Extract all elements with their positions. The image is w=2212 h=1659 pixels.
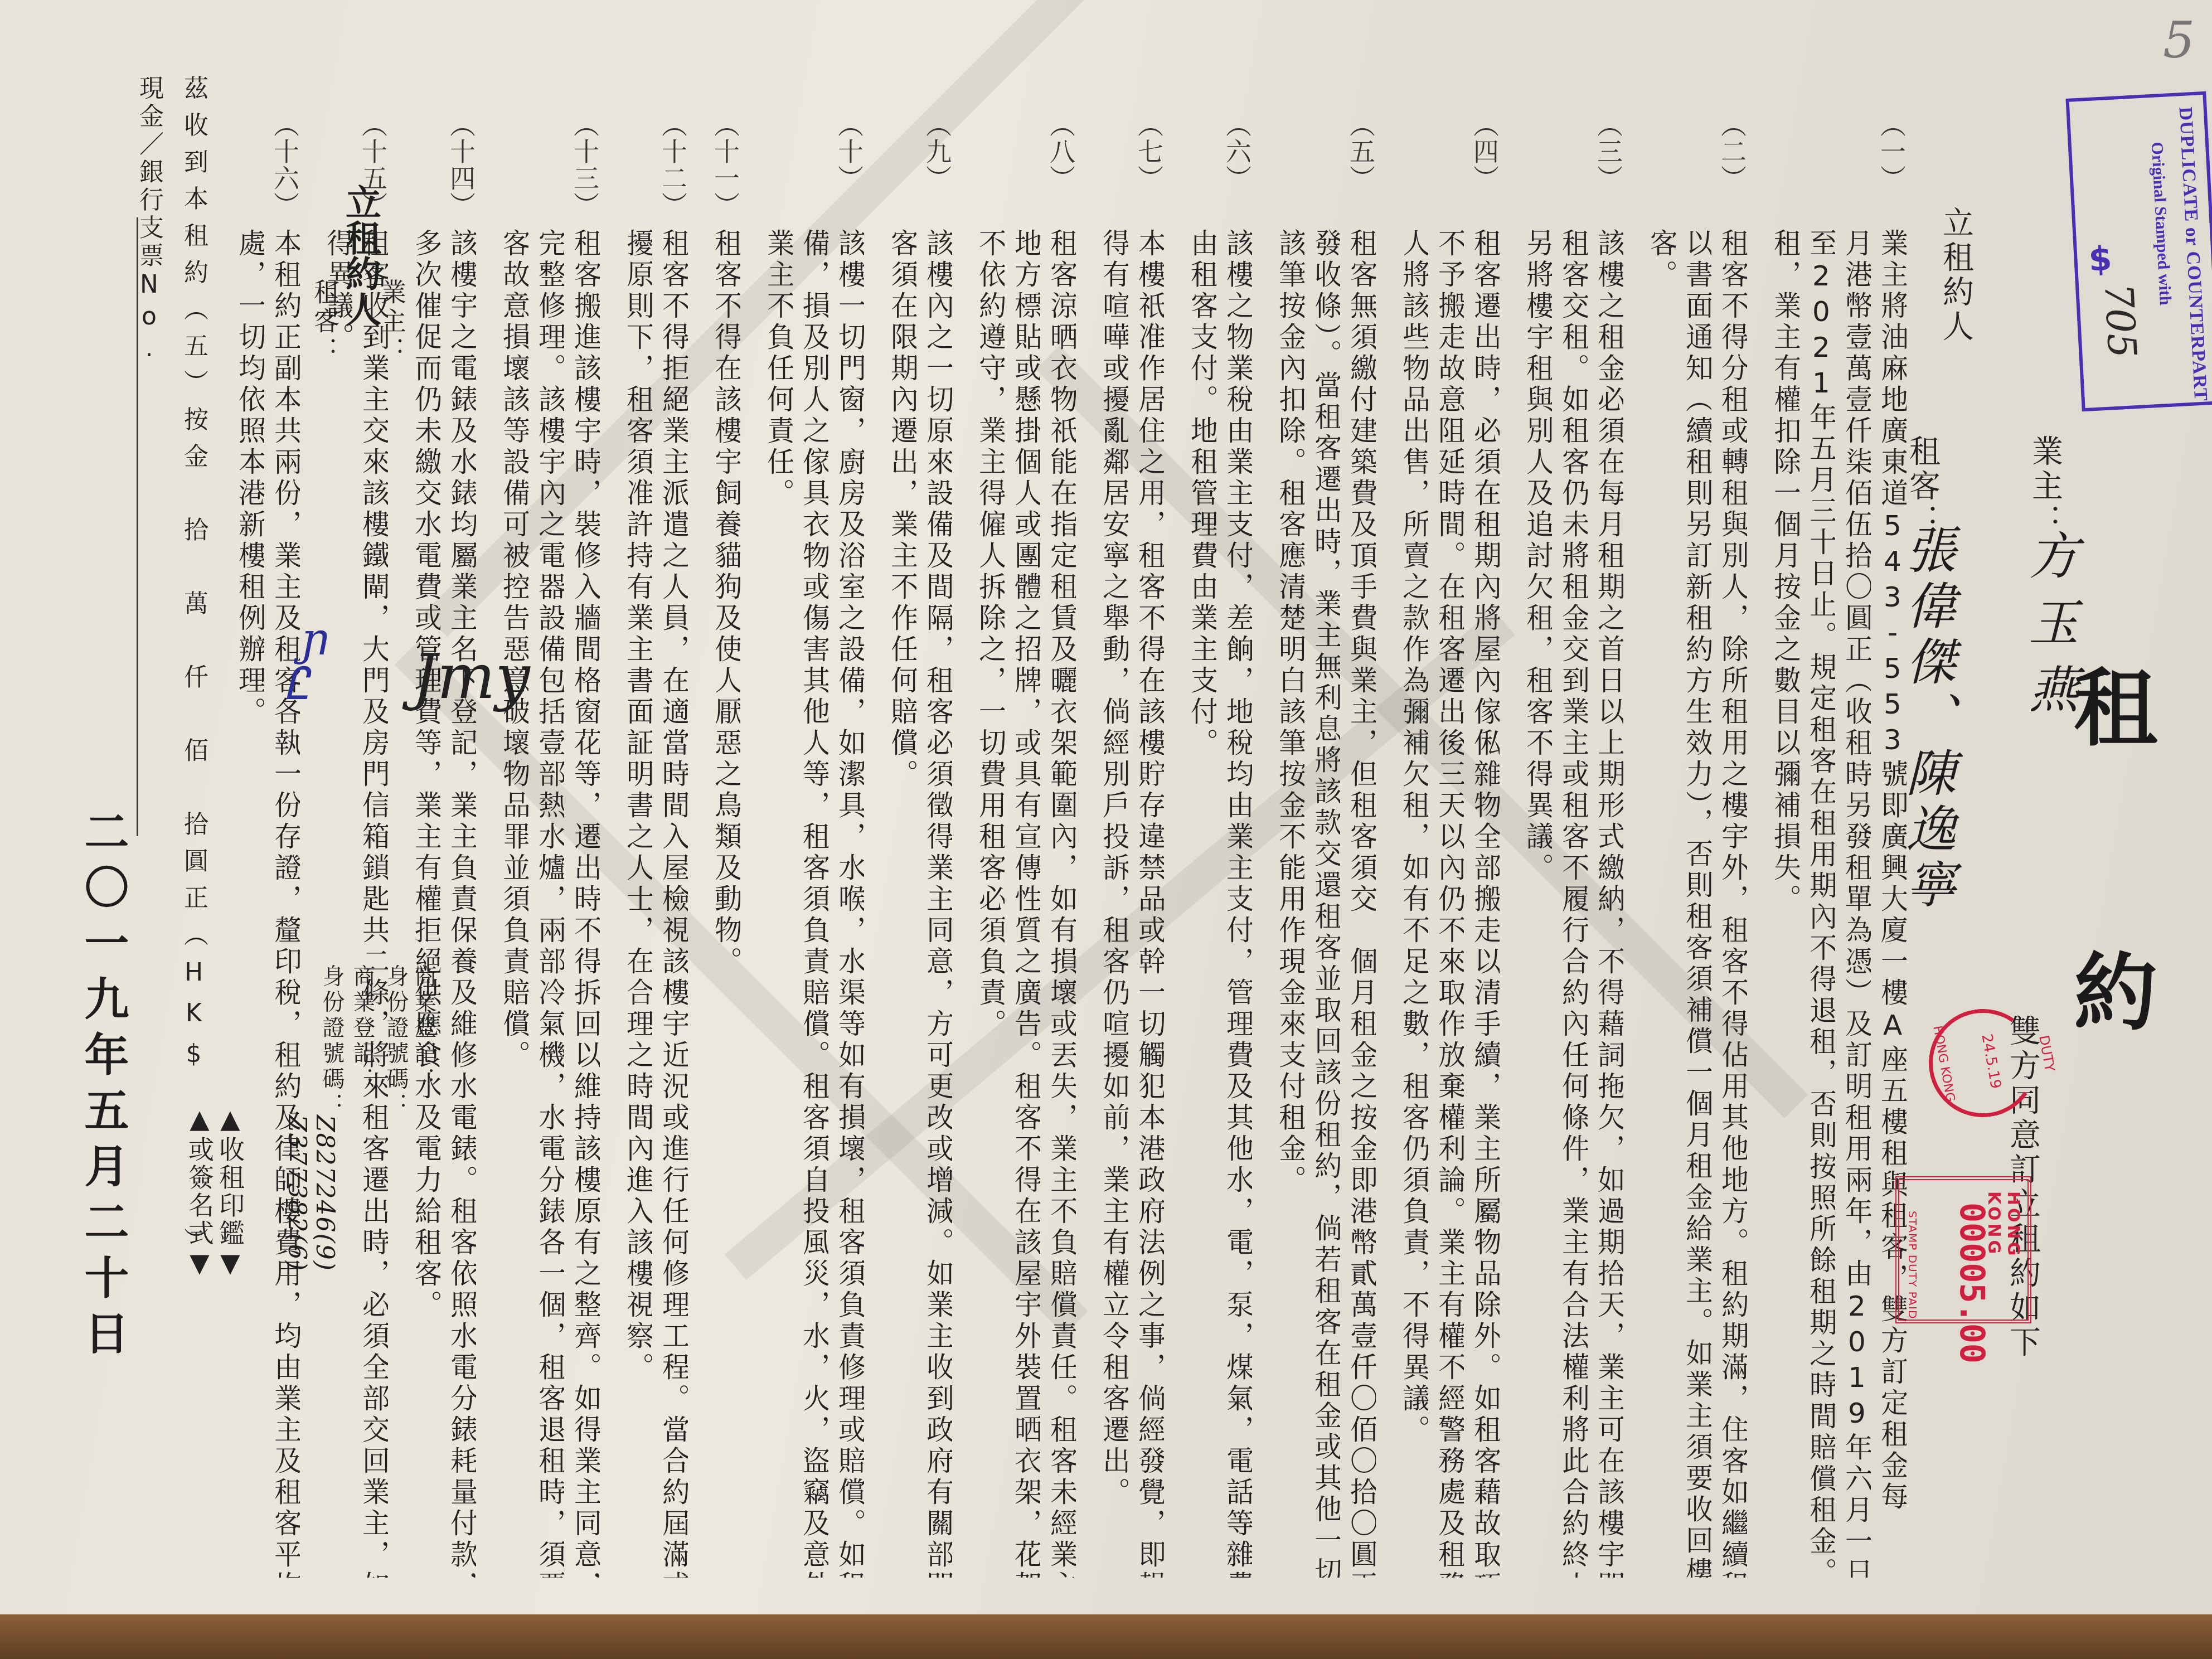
landlord-name: 方玉燕: [2024, 530, 2074, 730]
clause-text-line: 該樓之物業稅由業主支付，差餉，地稅均由業主支付，管理費及其他水，電，泵，煤氣，電…: [1224, 229, 1252, 1578]
landlord-label: 業主：: [2029, 435, 2060, 539]
clause-text-line: 租客不得在該樓宇飼養貓狗及使人厭惡之鳥類及動物。: [712, 229, 740, 1578]
parties-label: 立租約人: [1940, 206, 1971, 345]
signature-landlord-label: 業主：: [379, 279, 405, 366]
clause-text-line: 本租約正副本共兩份，業主及租客各執一份存證，釐印稅，租約及律師樓費用，均由業主及…: [272, 229, 300, 1578]
clause-text-line: 租客遷出時，必須在租期內將屋內傢俬雜物全部搬走以清手續，業主所屬物品除外。如租客…: [1472, 229, 1500, 1578]
clause-text-line: 客須在限期內遷出，業主不作任何賠償。: [889, 229, 916, 1578]
margin-pencil-note: 5: [2163, 11, 2195, 70]
clause-number: （八）: [1042, 111, 1079, 192]
clause-text-line: 該樓一切門窗，廚房及浴室之設備，如潔具，水喉，水渠等如有損壞，租客須負責修理或賠…: [836, 229, 864, 1578]
tenant-signature-2: Ꮭ: [284, 658, 309, 710]
duplicate-counterpart-stamp: DUPLICATE or COUNTERPART Original Stampe…: [2065, 91, 2212, 411]
stamp-amount-handwritten: 705: [2095, 282, 2145, 359]
signing-date: 二〇一九年五月二十日: [81, 808, 125, 1366]
cheque-number-line: [137, 217, 138, 836]
clause-number: （三）: [1590, 111, 1627, 192]
clause-text-line: 得異議。: [324, 229, 352, 1578]
clause-text-line: 備，損及別人之傢具衣物或傷害其他人等，租客須負責賠償。租客須自投風災，水，火，盜…: [801, 229, 828, 1578]
clause-number: （五）: [1342, 111, 1379, 192]
clause-text-line: 該筆按金內扣除。租客應清楚明白該筆按金不能用作現金來支付租金。: [1277, 229, 1304, 1578]
clause-text-line: 地方標貼或懸掛個人或團體之招牌，或具有宣傳性質之廣告。租客不得在該屋宇外裝置晒衣…: [1012, 229, 1040, 1578]
clause-text-line: 處，一切均依照本港新樓租例辦理。: [236, 229, 264, 1578]
clause-number: （十三）: [566, 111, 603, 219]
clause-text-line: 發收條）。當租客遷出時，業主無利息將該款交還租客並取回該份租約，倘若租客在租金或…: [1312, 229, 1340, 1578]
signature-tenant-label: 租客：: [312, 279, 338, 366]
clause-text-line: 租客搬進該樓宇時，裝修入牆間格窗花等，遷出時不得拆回以維持該樓原有之整齊。如得業…: [572, 229, 600, 1578]
tenant-br-label: 商業登記：: [351, 964, 373, 1093]
clause-text-line: 至2021年五月三十日止。規定租客在租用期內不得退租，否則按照所餘租期之時間賠償…: [1807, 229, 1835, 1578]
tenant-id-label: 身份證號碼：: [321, 964, 343, 1118]
clause-number: （十二）: [654, 111, 691, 219]
clause-number: （十六）: [266, 111, 303, 219]
clause-text-line: 租客涼晒衣物祇能在指定租賃及曬衣架範圍內，如有損壞或丟失，業主不負賠償責任。租客…: [1048, 229, 1076, 1578]
title-char-contract: 約: [2074, 925, 2157, 1046]
stamp-dollar-sign: $: [2088, 239, 2113, 279]
seal-note-signature: ▲或簽名式▼: [181, 1104, 218, 1280]
clause-text-line: 租客不得拒絕業主派遣之人員，在適當時間入屋檢視該樓宇近況或進行任何修理工程。當合…: [660, 229, 688, 1578]
clause-number: （十一）: [707, 111, 744, 219]
clause-text-line: 不依約遵守，業主得僱人拆除之，一切費用租客必須負責。: [977, 229, 1005, 1578]
duty-stamp-date: 24.5.19: [1978, 1033, 2004, 1090]
clause-text-line: 租客收到業主交來該樓鐵閘，大門及房門信箱鎖匙共二條，將來租客遷出時，必須全部交回…: [360, 229, 388, 1578]
clause-text-line: 以書面通知（續租則另訂新租約方生效力），否則租客須補償一個月租金給業主。如業主須…: [1684, 229, 1711, 1578]
clause-text-line: 完整修理。該樓宇內之電器設備包括壹部熱水爐，兩部冷氣機，水電分錶各一個，租客退租…: [536, 229, 564, 1578]
clause-number: （二）: [1714, 111, 1750, 192]
duty-stamp-region: HONG KONG: [1930, 1025, 1957, 1103]
receipt-payment-method: 現金／銀行支票No.: [137, 75, 161, 366]
tenant-label: 租客：: [1907, 435, 1938, 539]
clause-text-line: 該樓之租金必須在每月租期之首日以上期形式繳納，不得藉詞拖欠，如過期拾天，業主可在…: [1595, 229, 1623, 1578]
clause-text-line: 另將樓宇租與別人及追討欠租，租客不得異議。: [1524, 229, 1552, 1578]
clause-number: （六）: [1219, 111, 1255, 192]
duty-paid-value: 00005.00: [1952, 1202, 1991, 1364]
wooden-table: [0, 1614, 2212, 1659]
tenant-id-value-1: Z827246(9): [312, 1115, 337, 1272]
clause-text-line: 該樓宇之電錶及水錶均屬業主名下登記，業主負責保養及維修水電錶。租客依照水電分錶耗…: [448, 229, 476, 1578]
clause-text-line: 業主不負任何責任。: [765, 229, 793, 1578]
clause-text-line: 租，業主有權扣除一個月按金之數目以彌補損失。: [1772, 229, 1799, 1578]
tenant-id-value-2: Z377382(6): [284, 1115, 309, 1272]
clause-number: （一）: [1873, 111, 1910, 192]
clause-text-line: 多次催促而仍未繳交水電費或管理費等，業主有權拒絕供應食水及電力給租客。: [413, 229, 440, 1578]
clause-text-line: 本樓祇准作居住之用，租客不得在該樓貯存違禁品或幹一切觸犯本港政府法例之事，倘經發…: [1136, 229, 1164, 1578]
clause-text-line: 擾原則下，租客須准許持有業主書面証明書之人士，在合理之時間內進入該樓視察。: [624, 229, 652, 1578]
title-char-rent: 租: [2074, 641, 2157, 761]
clause-text-line: 人將該些物品出售，所賣之款作為彌補欠租，如有不足之數，租客仍須負責，不得異議。: [1400, 229, 1428, 1578]
clause-number: （九）: [919, 111, 955, 192]
clause-text-line: 業主將油麻地廣東道543-553號即廣興大廈一樓A座五樓租與租客，雙方訂定租金每: [1879, 229, 1907, 1578]
clause-text-line: 客故意損壞該等設備可被控告惡意破壞物品罪並須負責賠償。: [501, 229, 528, 1578]
clause-number: （四）: [1466, 111, 1503, 192]
landlord-id-label: 身份證號碼：: [385, 964, 407, 1118]
clause-text-line: 客。: [1648, 229, 1676, 1578]
landlord-signature: Jmy: [413, 641, 530, 712]
stamp-original-text: Original Stamped with: [2147, 142, 2175, 306]
landlord-br-label: 商業登記：: [413, 964, 435, 1093]
duty-paid-label: STAMP DUTY PAID: [1906, 1211, 1919, 1319]
clause-text-line: 不予搬走故意阻延時間。在租客遷出後三天以內仍不來取作放棄權利論。業主有權不經警務…: [1436, 229, 1464, 1578]
clause-text-line: 租客交租。如租客仍未將租金交到業主或租客不履行合約內任何條件，業主有合法權利將此…: [1560, 229, 1588, 1578]
stamp-duplicate-text: DUPLICATE or COUNTERPART: [2175, 106, 2211, 402]
clause-text-line: 該樓內之一切原來設備及間隔，租客必須徵得業主同意，方可更改或增減。如業主收到政府…: [924, 229, 952, 1578]
receipt-line: 茲收到本租約（五）按金 拾 萬 仟 佰 拾圓正（HK$ ）: [181, 75, 206, 1264]
clause-text-line: 租客無須繳付建築費及頂手費與業主，但租客須交 個月租金之按金即港幣貳萬壹仟〇佰〇…: [1348, 229, 1376, 1578]
clause-text-line: 得有喧嘩或擾亂鄰居安寧之舉動，倘經別戶投訴，租客仍喧擾如前，業主有權立令租客遷出…: [1100, 229, 1128, 1578]
clause-number: （十四）: [443, 111, 479, 219]
clause-number: （七）: [1131, 111, 1167, 192]
clause-number: （十）: [831, 111, 867, 192]
clause-text-line: 由租客支付。地租管理費由業主支付。: [1189, 229, 1216, 1578]
stamp-duty-paid-stamp: HONG KONG 00005.00 STAMP DUTY PAID: [1895, 1176, 2031, 1323]
clause-text-line: 月港幣壹萬壹仟柒佰伍拾〇圓正（收租時另發租單為憑）及訂明租用兩年，由2019年六…: [1843, 229, 1871, 1578]
lease-document: 5 租 約 立租約人 業主： 方玉燕 租客： 張偉傑、陳逸寧 雙方同意訂立租約如…: [0, 0, 2212, 1617]
clause-text-line: 租客不得分租或轉租與別人，除所租用之樓宇外，租客不得佔用其他地方。租約期滿，住客…: [1719, 229, 1747, 1578]
tenant-name: 張偉傑、陳逸寧: [1901, 524, 1951, 914]
